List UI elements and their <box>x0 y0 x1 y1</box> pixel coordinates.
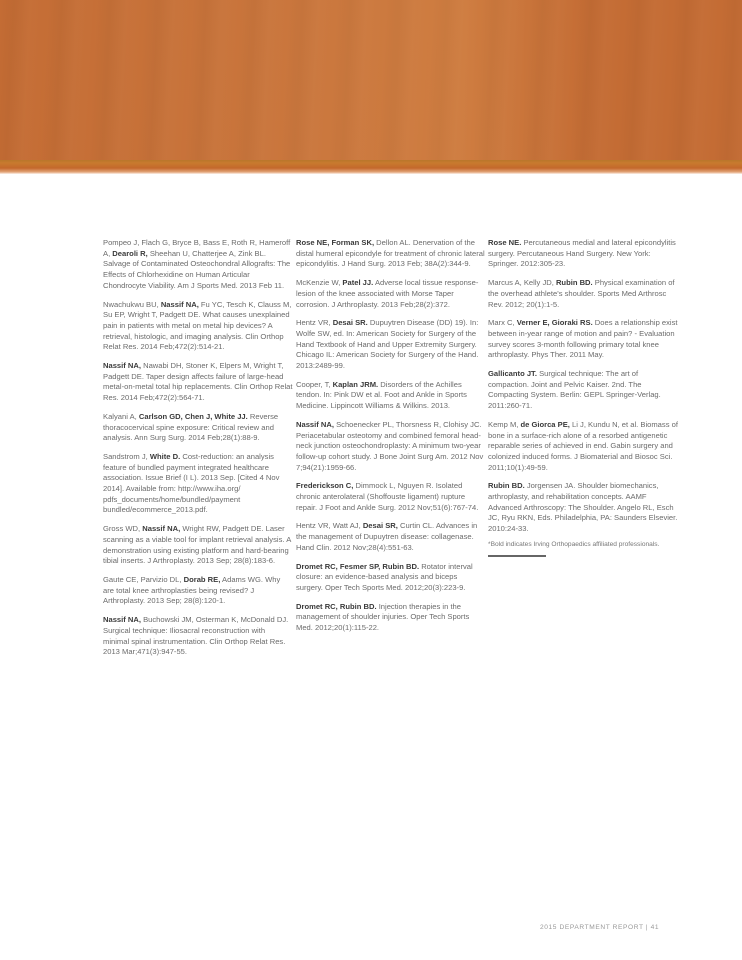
reference-entry: Rose NE, Forman SK, Dellon AL. Denervati… <box>296 238 486 270</box>
page-footer: 2015 DEPARTMENT REPORT | 41 <box>540 924 659 931</box>
reference-entry: Pompeo J, Flach G, Bryce B, Bass E, Roth… <box>103 238 293 292</box>
author-bold: Dromet RC, Rubin BD. <box>296 602 377 611</box>
author-bold: Gallicanto JT. <box>488 369 537 378</box>
note-underline <box>488 555 546 557</box>
author-bold: Rubin BD. <box>488 481 525 490</box>
reference-entry: Rose NE. Percutaneous medial and lateral… <box>488 238 678 270</box>
reference-entry: Marcus A, Kelly JD, Rubin BD. Physical e… <box>488 278 678 310</box>
header-banner <box>0 0 742 160</box>
author-bold: Rose NE, Forman SK, <box>296 238 374 247</box>
author-bold: Nassif NA, <box>161 300 199 309</box>
reference-entry: Dromet RC, Rubin BD. Injection therapies… <box>296 602 486 634</box>
author-bold: Nassif NA, <box>296 420 334 429</box>
author-bold: Patel JJ. <box>342 278 373 287</box>
header-stripe <box>0 160 742 174</box>
author-bold: Dearoli R, <box>112 249 147 258</box>
reference-entry: Nwachukwu BU, Nassif NA, Fu YC, Tesch K,… <box>103 300 293 354</box>
reference-entry: Nassif NA, Schoenecker PL, Thorsness R, … <box>296 420 486 474</box>
author-bold: Kaplan JRM. <box>333 380 379 389</box>
author-bold: Nassif NA, <box>103 361 141 370</box>
author-bold: Desai SR, <box>363 521 398 530</box>
reference-entry: Rubin BD. Jorgensen JA. Shoulder biomech… <box>488 481 678 535</box>
reference-entry: Cooper, T, Kaplan JRM. Disorders of the … <box>296 380 486 412</box>
reference-entry: Nassif NA, Nawabi DH, Stoner K, Elpers M… <box>103 361 293 404</box>
reference-entry: Nassif NA, Buchowski JM, Osterman K, McD… <box>103 615 293 658</box>
references-column-3: Rose NE. Percutaneous medial and lateral… <box>488 238 678 557</box>
author-bold: Nassif NA, <box>142 524 180 533</box>
reference-entry: Gallicanto JT. Surgical technique: The a… <box>488 369 678 412</box>
author-bold: Dorab RE, <box>184 575 221 584</box>
author-bold: Carlson GD, Chen J, White JJ. <box>139 412 248 421</box>
author-bold: de Giorca PE, <box>521 420 570 429</box>
reference-entry: Frederickson C, Dimmock L, Nguyen R. Iso… <box>296 481 486 513</box>
reference-entry: Gross WD, Nassif NA, Wright RW, Padgett … <box>103 524 293 567</box>
reference-entry: Hentz VR, Desai SR. Dupuytren Disease (D… <box>296 318 486 372</box>
reference-entry: Kalyani A, Carlson GD, Chen J, White JJ.… <box>103 412 293 444</box>
reference-entry: Sandstrom J, White D. Cost-reduction: an… <box>103 452 293 516</box>
author-bold: Rubin BD. <box>556 278 593 287</box>
reference-entry: Dromet RC, Fesmer SP, Rubin BD. Rotator … <box>296 562 486 594</box>
reference-entry: Marx C, Verner E, Gioraki RS. Does a rel… <box>488 318 678 361</box>
author-bold: Dromet RC, Fesmer SP, Rubin BD. <box>296 562 419 571</box>
references-column-1: Pompeo J, Flach G, Bryce B, Bass E, Roth… <box>103 238 293 666</box>
author-bold: Rose NE. <box>488 238 521 247</box>
author-bold: Desai SR. <box>333 318 368 327</box>
reference-entry: McKenzie W, Patel JJ. Adverse local tiss… <box>296 278 486 310</box>
author-bold: Frederickson C, <box>296 481 353 490</box>
author-bold: Nassif NA, <box>103 615 141 624</box>
reference-entry: Gaute CE, Parvizio DL, Dorab RE, Adams W… <box>103 575 293 607</box>
references-column-2: Rose NE, Forman SK, Dellon AL. Denervati… <box>296 238 486 642</box>
affiliation-note: *Bold indicates Irving Orthopaedics affi… <box>488 541 678 549</box>
reference-entry: Hentz VR, Watt AJ, Desai SR, Curtin CL. … <box>296 521 486 553</box>
author-bold: Verner E, Gioraki RS. <box>517 318 593 327</box>
author-bold: White D. <box>150 452 180 461</box>
reference-entry: Kemp M, de Giorca PE, Li J, Kundu N, et … <box>488 420 678 474</box>
